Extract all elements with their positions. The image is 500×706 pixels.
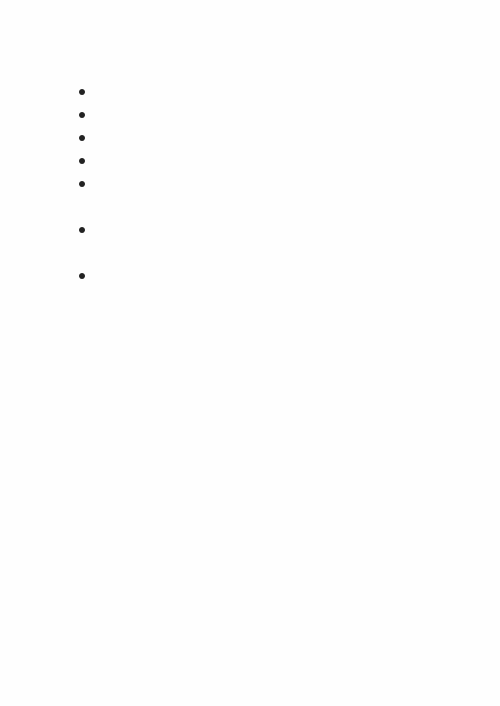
bullet-icon bbox=[79, 227, 85, 233]
bullet-icon bbox=[79, 112, 85, 118]
section-heading bbox=[57, 406, 79, 424]
bullet-icon bbox=[79, 135, 85, 141]
subsection-heading bbox=[57, 432, 87, 447]
document-page bbox=[0, 0, 500, 706]
section-heading bbox=[57, 314, 79, 332]
bullet-icon bbox=[79, 273, 85, 279]
bullet-icon bbox=[79, 89, 85, 95]
bullet-icon bbox=[79, 181, 85, 187]
bullet-icon bbox=[79, 158, 85, 164]
